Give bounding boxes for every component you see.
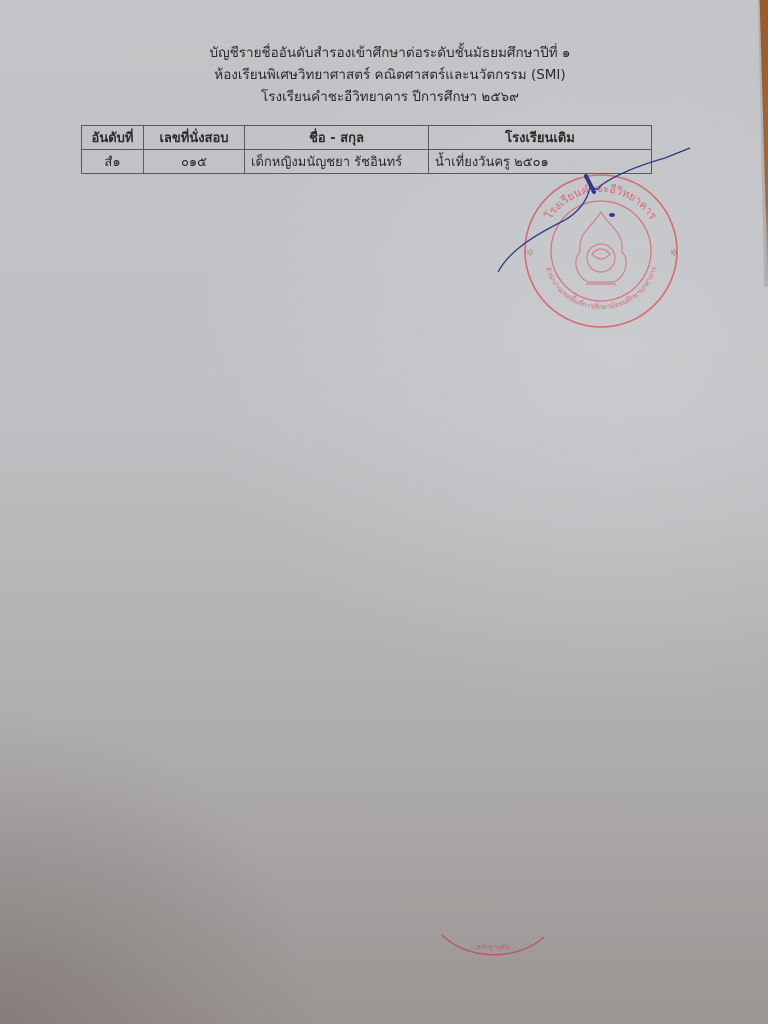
document-header: บัญชีรายชื่ออันดับสำรองเข้าศึกษาต่อระดับ… — [150, 42, 630, 108]
cell-name: เด็กหญิงมนัญชยา รัชอินทร์ — [245, 150, 429, 174]
header-rank: อันดับที่ — [82, 126, 144, 150]
title-line-2: ห้องเรียนพิเศษวิทยาศาสตร์ คณิตศาสตร์และน… — [150, 64, 630, 86]
header-seat-number: เลขที่นั่งสอบ — [144, 126, 245, 150]
title-line-3: โรงเรียนคำชะอีวิทยาคาร ปีการศึกษา ๒๕๖๙ — [150, 86, 630, 108]
header-name: ชื่อ - สกุล — [245, 126, 429, 150]
bottom-stamp-text: ...หลักฐานยืย... — [469, 943, 516, 951]
cell-seat-number: ๐๑๕ — [144, 150, 245, 174]
cell-rank: สํ๑ — [82, 150, 144, 174]
bottom-stamp-fragment: ...หลักฐานยืย... — [438, 925, 548, 965]
signature — [490, 140, 700, 290]
title-line-1: บัญชีรายชื่ออันดับสำรองเข้าศึกษาต่อระดับ… — [150, 42, 630, 64]
